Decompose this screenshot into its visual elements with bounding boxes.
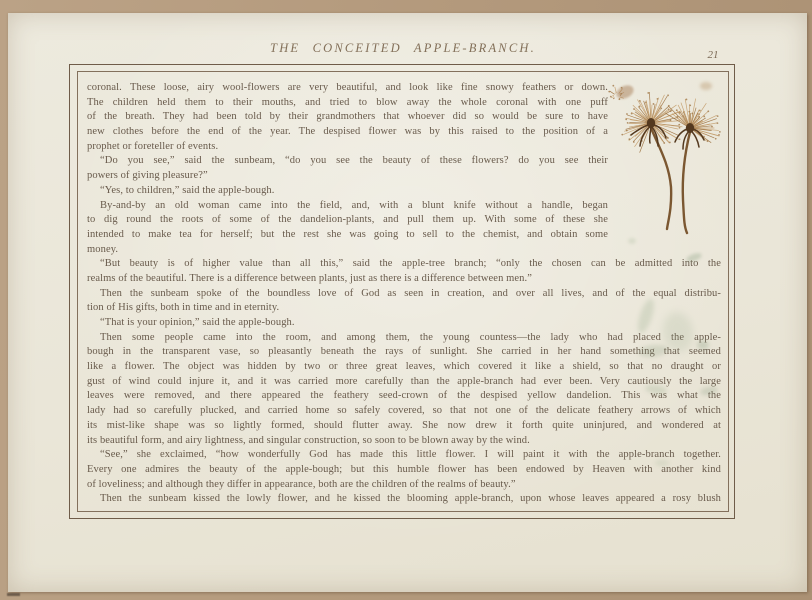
page-number: 21: [698, 49, 728, 61]
story-line: “That is your opinion,” said the apple-b…: [87, 316, 721, 331]
story-line: Then some people came into the room, and…: [87, 331, 721, 346]
story-line: “See,” she exclaimed, “how wonderfully G…: [87, 448, 721, 463]
story-line: bough in the transparent vase, so pleasa…: [87, 345, 721, 360]
story-line: realms of the beautiful. There is a diff…: [87, 272, 721, 287]
story-line: leaves were removed, and there appeared …: [87, 389, 721, 404]
story-line: intended to make tea for herself; but th…: [87, 228, 608, 243]
story-line: like a flower. The object was hidden by …: [87, 360, 721, 375]
story-line: Then the sunbeam kissed the lowly flower…: [87, 492, 721, 507]
story-line: of the breath. They had been told by the…: [87, 110, 608, 125]
printers-mark: [7, 593, 20, 596]
story-line: gust of wind could injure it, and it was…: [87, 375, 721, 390]
story-line: lady had so carefully plucked, and carri…: [87, 404, 721, 419]
story-line: Every one admires the beauty of the appl…: [87, 463, 721, 478]
story-line: Then the sunbeam spoke of the boundless …: [87, 287, 721, 302]
story-line: tion of His gifts, both in time and in e…: [87, 301, 721, 316]
dandelion-illustration: [595, 68, 745, 253]
story-line: new clothes before the end of the year. …: [87, 125, 608, 140]
story-line: money.: [87, 243, 608, 258]
scanned-book-photo: { "page": { "running_head": "THE CONCEIT…: [0, 0, 812, 600]
story-line: of loveliness; and although they differ …: [87, 478, 721, 493]
story-line: The children held them to their mouths, …: [87, 96, 608, 111]
story-line: its beautiful form, and airy lightness, …: [87, 434, 721, 449]
page: THE CONCEITED APPLE-BRANCH. 21 coronal. …: [8, 13, 807, 592]
story-line: to dig round the roots of some of the da…: [87, 213, 608, 228]
story-line: powers of giving pleasure?”: [87, 169, 608, 184]
story-line: its mist-like shape was so lightly forme…: [87, 419, 721, 434]
story-line: coronal. These loose, airy wool-flowers …: [87, 81, 608, 96]
story-line: prophet or foreteller of events.: [87, 140, 608, 155]
story-line: “Do you see,” said the sunbeam, “do you …: [87, 154, 608, 169]
running-head: THE CONCEITED APPLE-BRANCH.: [69, 41, 737, 56]
story-line: By-and-by an old woman came into the fie…: [87, 199, 608, 214]
story-line: “But beauty is of higher value than all …: [87, 257, 721, 272]
story-line: “Yes, to children,” said the apple-bough…: [87, 184, 608, 199]
